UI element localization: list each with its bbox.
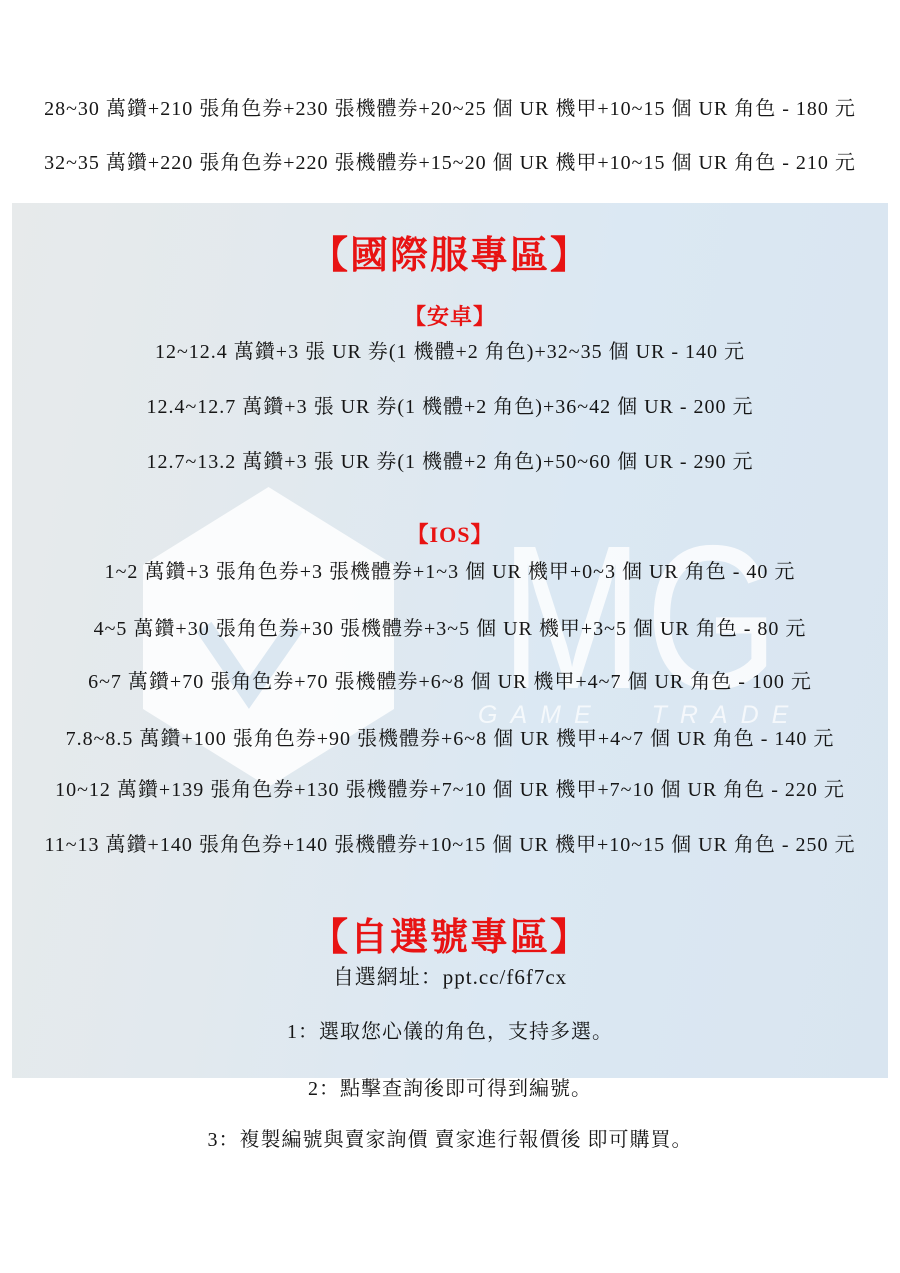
custom-pick-url: 自選網址：ppt.cc/f6f7cx — [0, 962, 900, 992]
price-line: 10~12 萬鑽+139 張角色券+130 張機體券+7~10 個 UR 機甲+… — [0, 775, 900, 805]
price-line: 32~35 萬鑽+220 張角色券+220 張機體券+15~20 個 UR 機甲… — [0, 148, 900, 178]
price-line: 12~12.4 萬鑽+3 張 UR 券(1 機體+2 角色)+32~35 個 U… — [0, 337, 900, 367]
price-list-flyer: 28~30 萬鑽+210 張角色券+230 張機體券+20~25 個 UR 機甲… — [0, 0, 900, 1273]
price-line: 6~7 萬鑽+70 張角色券+70 張機體券+6~8 個 UR 機甲+4~7 個… — [0, 667, 900, 697]
price-line: 12.4~12.7 萬鑽+3 張 UR 券(1 機體+2 角色)+36~42 個… — [0, 392, 900, 422]
instruction-step: 1：選取您心儀的角色，支持多選。 — [0, 1017, 900, 1047]
intl-section-title: 【國際服專區】 — [0, 230, 900, 282]
price-line: 1~2 萬鑽+3 張角色券+3 張機體券+1~3 個 UR 機甲+0~3 個 U… — [0, 557, 900, 587]
instruction-step: 3：複製編號與賣家詢價 賣家進行報價後 即可購買。 — [0, 1125, 900, 1155]
instruction-step: 2：點擊查詢後即可得到編號。 — [0, 1074, 900, 1104]
android-section-title: 【安卓】 — [0, 301, 900, 333]
price-line: 7.8~8.5 萬鑽+100 張角色券+90 張機體券+6~8 個 UR 機甲+… — [0, 724, 900, 754]
price-line: 12.7~13.2 萬鑽+3 張 UR 券(1 機體+2 角色)+50~60 個… — [0, 447, 900, 477]
price-line: 28~30 萬鑽+210 張角色券+230 張機體券+20~25 個 UR 機甲… — [0, 94, 900, 124]
price-line: 11~13 萬鑽+140 張角色券+140 張機體券+10~15 個 UR 機甲… — [0, 830, 900, 860]
price-line: 4~5 萬鑽+30 張角色券+30 張機體券+3~5 個 UR 機甲+3~5 個… — [0, 614, 900, 644]
ios-section-title: 【IOS】 — [0, 519, 900, 551]
custom-pick-section-title: 【自選號專區】 — [0, 912, 900, 964]
